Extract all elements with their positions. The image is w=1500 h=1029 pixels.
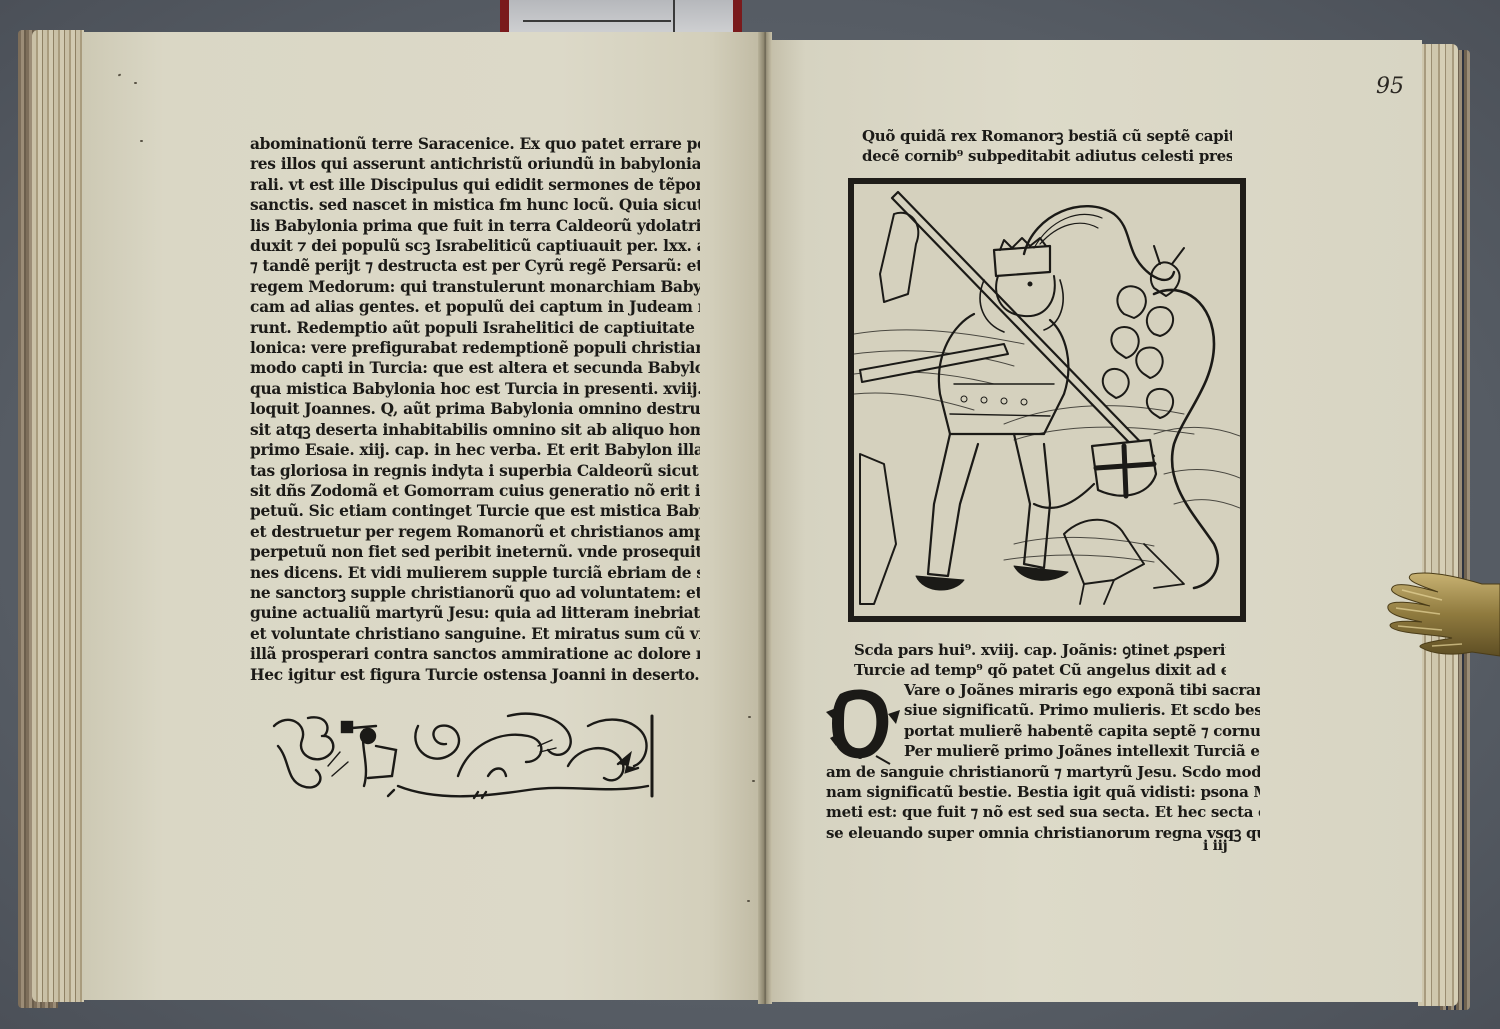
woodcut-illustration [848, 178, 1246, 622]
text-line: lonica: vere prefigurabat redemptionẽ po… [250, 338, 700, 358]
text-line: res illos qui asserunt antichristũ oriun… [250, 154, 700, 174]
text-line: loquit Joannes. Q, aũt prima Babylonia o… [250, 399, 700, 419]
text-line: perpetuũ non fiet sed peribit ineternũ. … [250, 542, 700, 562]
page-stack-right [1418, 44, 1458, 1006]
text-line: am de sanguie christianorũ ⁊ martyrũ Jes… [826, 762, 1260, 782]
text-line: abominationũ terre Saracenice. Ex quo pa… [250, 134, 700, 154]
text-line: Vare o Joãnes miraris ego exponã tibi sa… [826, 680, 1260, 700]
text-line: nes dicens. Et vidi mulierem supple turc… [250, 563, 700, 583]
slip-line [523, 20, 671, 22]
text-line: portat mulierẽ habentẽ capita septẽ ⁊ co… [826, 721, 1260, 741]
text-line: sit atqꝫ deserta inhabitabilis omnino si… [250, 420, 700, 440]
subheading-line: Scda pars hui⁹. xviij. cap. Joãnis: ꝯtin… [854, 640, 1226, 660]
brass-hand-page-weight [1382, 560, 1500, 660]
text-line: siue significatũ. Primo mulieris. Et scd… [826, 700, 1260, 720]
heading-line: Quõ quidã rex Romanorꝫ bestiã cũ septẽ c… [862, 126, 1232, 146]
book-gutter [758, 32, 772, 1004]
text-line: duxit ⁊ dei populũ scꝫ Israbeliticũ capt… [250, 236, 700, 256]
foliate-ornament-woodcut [268, 706, 658, 810]
text-line: Hec igitur est figura Turcie ostensa Joa… [250, 665, 700, 685]
text-line: modo capti in Turcia: que est altera et … [250, 358, 700, 378]
text-line: illã prosperari contra sanctos ammiratio… [250, 644, 700, 664]
text-line: lis Babylonia prima que fuit in terra Ca… [250, 216, 700, 236]
text-line: petuũ. Sic etiam continget Turcie que es… [250, 501, 700, 521]
folio-number: 95 [1376, 74, 1404, 99]
text-line: runt. Redemptio aũt populi Israhelitici … [250, 318, 700, 338]
text-line: sanctis. sed nascet in mistica fm hunc l… [250, 195, 700, 215]
text-line: nam significatũ bestie. Bestia igit quã … [826, 782, 1260, 802]
text-line: et voluntate christiano sanguine. Et mir… [250, 624, 700, 644]
left-page-text-block: abominationũ terre Saracenice. Ex quo pa… [250, 134, 700, 685]
bookmark-slip [500, 0, 742, 34]
heading-line: decẽ cornib⁹ subpeditabit adiutus celest… [862, 146, 1232, 166]
text-line: meti est: que fuit ⁊ nõ est sed sua sect… [826, 802, 1260, 822]
text-line: guine actualiũ martyrũ Jesu: quia ad lit… [250, 603, 700, 623]
right-page-text-block: Vare o Joãnes miraris ego exponã tibi sa… [826, 680, 1260, 843]
text-line: tas gloriosa in regnis indyta i superbia… [250, 461, 700, 481]
text-line: primo Esaie. xiij. cap. in hec verba. Et… [250, 440, 700, 460]
chapter-heading: Quõ quidã rex Romanorꝫ bestiã cũ septẽ c… [862, 126, 1232, 166]
text-line: ne sanctorꝫ supple christianorũ quo ad v… [250, 583, 700, 603]
text-line: regem Medorum: qui transtulerunt monarch… [250, 277, 700, 297]
subheading-line: Turcie ad temp⁹ qõ patet Cũ angelus dixi… [854, 660, 1226, 680]
text-line: et destruetur per regem Romanorũ et chri… [250, 522, 700, 542]
page-stack-left [32, 30, 84, 1002]
text-line: se eleuando super omnia christianorum re… [826, 823, 1260, 843]
text-line: rali. vt est ille Discipulus qui edidit … [250, 175, 700, 195]
text-line: Per mulierẽ primo Joãnes intellexit Turc… [826, 741, 1260, 761]
text-line: cam ad alias gentes. et populũ dei captu… [250, 297, 700, 317]
text-line: qua mistica Babylonia hoc est Turcia in … [250, 379, 700, 399]
section-subheading: Scda pars hui⁹. xviij. cap. Joãnis: ꝯtin… [854, 640, 1226, 680]
text-line: ⁊ tandẽ perijt ⁊ destructa est per Cyrũ … [250, 256, 700, 276]
text-line: sit dñs Zodomã et Gomorram cuius generat… [250, 481, 700, 501]
slip-divider [673, 0, 675, 34]
signature-mark: i iij [1203, 838, 1227, 854]
